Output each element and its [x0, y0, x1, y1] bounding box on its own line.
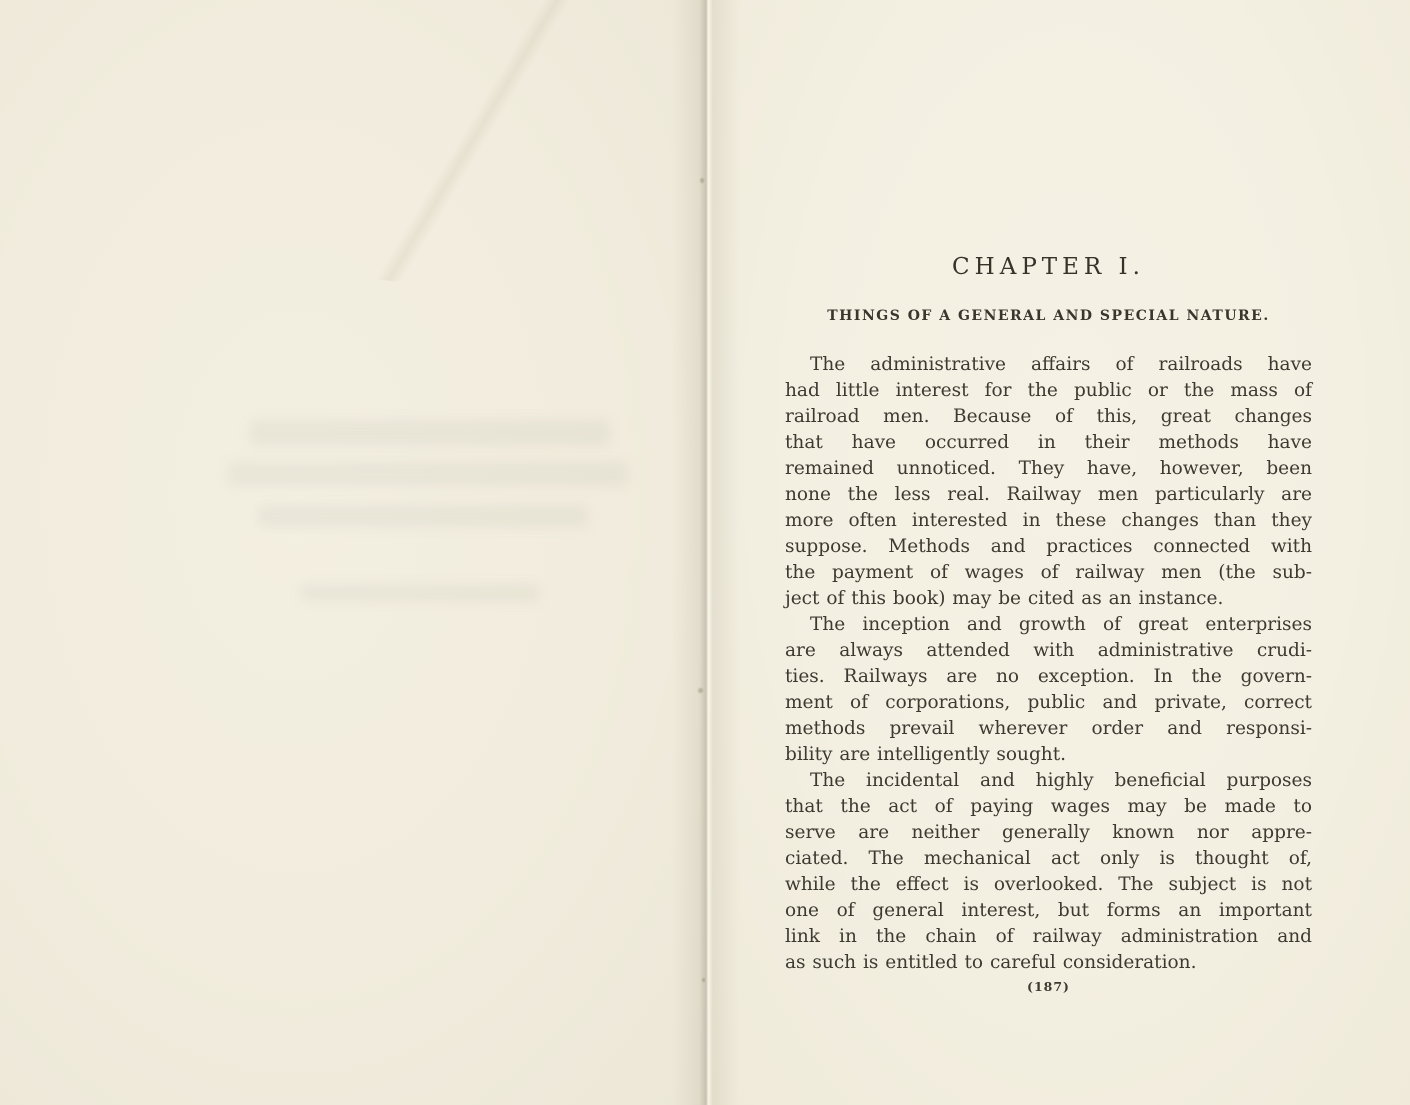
paragraph: The incidental and highly beneficial pur… [785, 768, 1312, 976]
text-line: ment of corporations, public and private… [785, 690, 1312, 716]
text-line: bility are intelligently sought. [785, 742, 1312, 768]
text-line: The incidental and highly beneficial pur… [785, 768, 1312, 794]
text-line: one of general interest, but forms an im… [785, 898, 1312, 924]
page-number: (187) [785, 979, 1312, 994]
text-line: serve are neither generally known nor ap… [785, 820, 1312, 846]
chapter-heading: CHAPTER I. [785, 252, 1312, 282]
paragraph: The inception and growth of great enterp… [785, 612, 1312, 768]
text-line: had little interest for the public or th… [785, 378, 1312, 404]
text-line: The inception and growth of great enterp… [785, 612, 1312, 638]
text-line: ciated. The mechanical act only is thoug… [785, 846, 1312, 872]
text-line: suppose. Methods and practices connected… [785, 534, 1312, 560]
text-line: as such is entitled to careful considera… [785, 950, 1312, 976]
text-column: CHAPTER I. THINGS OF A GENERAL AND SPECI… [785, 252, 1312, 994]
paper-crease [333, 0, 637, 303]
body-text: The administrative affairs of railroads … [785, 352, 1312, 976]
text-line: that have occurred in their methods have [785, 430, 1312, 456]
show-through-ghost [250, 420, 610, 446]
show-through-ghost [300, 585, 540, 601]
left-page [0, 0, 707, 1105]
text-line: more often interested in these changes t… [785, 508, 1312, 534]
right-page: CHAPTER I. THINGS OF A GENERAL AND SPECI… [707, 0, 1410, 1105]
text-line: while the effect is overlooked. The subj… [785, 872, 1312, 898]
section-title: THINGS OF A GENERAL AND SPECIAL NATURE. [785, 308, 1312, 325]
text-line: railroad men. Because of this, great cha… [785, 404, 1312, 430]
show-through-ghost [258, 505, 588, 527]
text-line: ties. Railways are no exception. In the … [785, 664, 1312, 690]
text-line: none the less real. Railway men particul… [785, 482, 1312, 508]
text-line: ject of this book) may be cited as an in… [785, 586, 1312, 612]
text-line: methods prevail wherever order and respo… [785, 716, 1312, 742]
paragraph: The administrative affairs of railroads … [785, 352, 1312, 612]
text-line: remained unnoticed. They have, however, … [785, 456, 1312, 482]
text-line: the payment of wages of railway men (the… [785, 560, 1312, 586]
paper-speck [702, 978, 705, 982]
show-through-ghost [228, 462, 628, 486]
text-line: link in the chain of railway administrat… [785, 924, 1312, 950]
text-line: are always attended with administrative … [785, 638, 1312, 664]
book-scan: CHAPTER I. THINGS OF A GENERAL AND SPECI… [0, 0, 1410, 1105]
paper-speck [698, 688, 703, 693]
text-line: that the act of paying wages may be made… [785, 794, 1312, 820]
text-line: The administrative affairs of railroads … [785, 352, 1312, 378]
paper-speck [700, 178, 704, 183]
